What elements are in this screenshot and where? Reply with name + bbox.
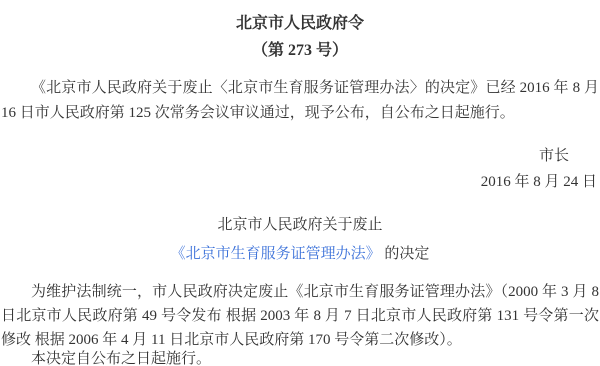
effective-date-paragraph: 本决定自公布之日起施行。 (1, 352, 599, 366)
signature-date: 2016 年 8 月 24 日 (1, 169, 599, 195)
decision-title-line2: 《北京市生育服务证管理办法》 的决定 (1, 240, 599, 269)
regulation-link[interactable]: 《北京市生育服务证管理办法》 (171, 246, 381, 262)
decision-title: 北京市人民政府关于废止 《北京市生育服务证管理办法》 的决定 (1, 211, 599, 269)
decision-title-suffix: 的决定 (381, 246, 430, 262)
signature-block: 市长 2016 年 8 月 24 日 (1, 144, 599, 195)
repeal-paragraph: 为维护法制统一，市人民政府决定废止《北京市生育服务证管理办法》（2000 年 3… (1, 280, 599, 352)
order-number: （第 273 号） (1, 42, 599, 60)
decision-title-line1: 北京市人民政府关于废止 (1, 211, 599, 240)
signature-signer: 市长 (1, 144, 599, 169)
promulgation-paragraph: 《北京市人民政府关于废止〈北京市生育服务证管理办法〉的决定》已经 2016 年 … (1, 76, 599, 126)
document-title: 北京市人民政府令 (1, 14, 599, 34)
document-page: 北京市人民政府令 （第 273 号） 《北京市人民政府关于废止〈北京市生育服务证… (0, 0, 600, 366)
